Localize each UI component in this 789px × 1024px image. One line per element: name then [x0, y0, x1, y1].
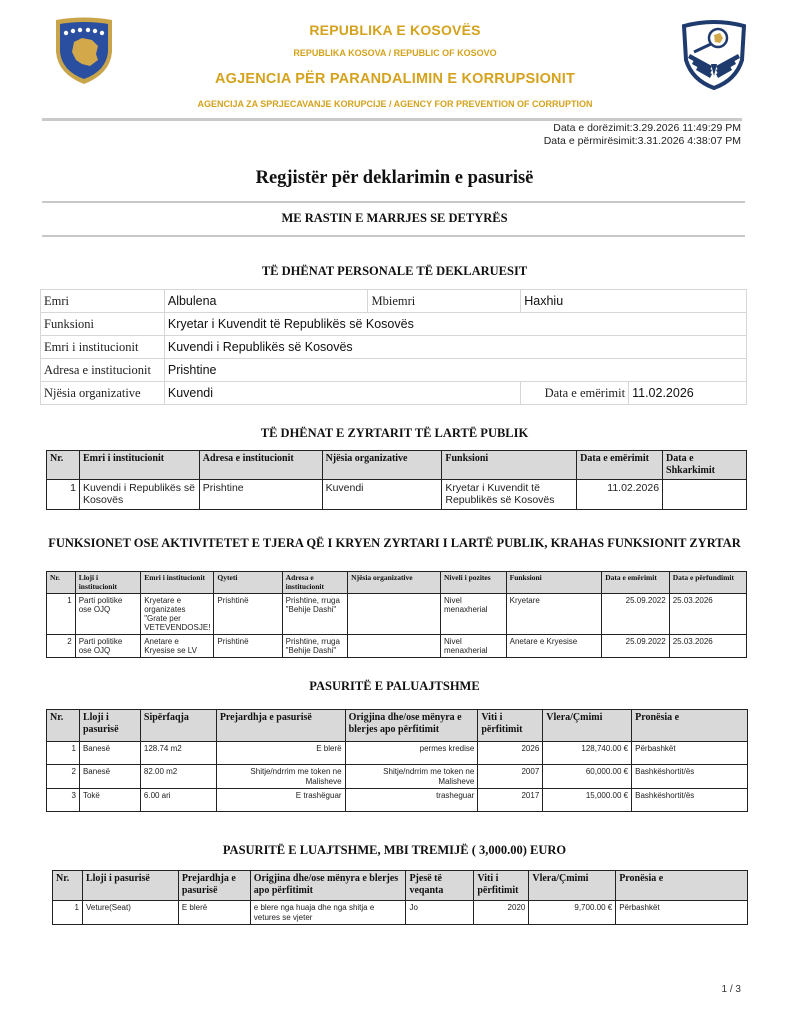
table-cell: 6.00 ari [140, 789, 216, 812]
table-cell: 2017 [478, 789, 543, 812]
table-cell: Banesë [79, 765, 140, 789]
divider [42, 201, 745, 203]
section-heading-other-functions: FUNKSIONET OSE AKTIVITETET E TJERA QË I … [40, 536, 749, 550]
table-cell: e blere nga huaja dhe nga shitja e vetur… [250, 901, 406, 925]
appointed-label: Data e emërimit [521, 382, 629, 405]
column-header: Emri i institucionit [79, 451, 199, 480]
table-cell: 1 [53, 901, 83, 925]
table-cell: 3 [47, 789, 80, 812]
official-table: Nr.Emri i institucionitAdresa e instituc… [46, 450, 747, 510]
section-heading-movable: PASURITË E LUAJTSHME, MBI TREMIJË ( 3,00… [40, 843, 749, 857]
table-cell: trasheguar [345, 789, 478, 812]
table-cell: 2020 [474, 901, 529, 925]
table-row: 2Parti politike ose OJQAnetare e Kryesis… [47, 635, 747, 658]
column-header: Lloji i institucionit [75, 572, 140, 594]
institution-value: Kuvendi i Republikës së Kosovës [164, 336, 746, 359]
table-cell: Përbashkët [616, 901, 748, 925]
column-header: Nr. [47, 572, 76, 594]
column-header: Lloji i pasurisë [79, 710, 140, 742]
kosovo-coat-of-arms-icon [52, 16, 116, 86]
column-header: Prejardhja e pasurisë [216, 710, 345, 742]
column-header: Niveli i pozites [441, 572, 507, 594]
table-cell: permes kredise [345, 742, 478, 765]
table-cell: 128.74 m2 [140, 742, 216, 765]
column-header: Viti i përfitimit [478, 710, 543, 742]
table-cell: Anetare e Kryesise se LV [141, 635, 214, 658]
table-cell: 2026 [478, 742, 543, 765]
table-cell: Jo [406, 901, 474, 925]
anti-corruption-agency-logo-icon [676, 16, 752, 92]
header-divider [42, 118, 742, 121]
table-cell: E blerë [178, 901, 250, 925]
table-cell: E trashëguar [216, 789, 345, 812]
column-header: Njësia organizative [348, 572, 441, 594]
column-header: Vlera/Çmimi [543, 710, 632, 742]
header-republic-translations: REPUBLIKA KOSOVA / REPUBLIC OF KOSOVO [130, 48, 660, 58]
table-cell: 1 [47, 480, 80, 510]
table-row: 1Kuvendi i Republikës së KosovësPrishtin… [47, 480, 747, 510]
movable-assets-table: Nr.Lloji i pasurisëPrejardhja e pasurisë… [52, 870, 748, 925]
document-subtitle: ME RASTIN E MARRJES SE DETYRËS [0, 211, 789, 226]
column-header: Nr. [47, 451, 80, 480]
function-value: Kryetar i Kuvendit të Republikës së Koso… [164, 313, 746, 336]
table-cell: 9,700.00 € [529, 901, 616, 925]
other-functions-table: Nr.Lloji i institucionitEmri i instituci… [46, 571, 747, 658]
column-header: Adresa e institucionit [282, 572, 347, 594]
submission-dates: Data e dorëzimit:3.29.2026 11:49:29 PM D… [544, 122, 741, 148]
table-header-row: Nr.Emri i institucionitAdresa e instituc… [47, 451, 747, 480]
column-header: Qyteti [214, 572, 282, 594]
table-cell [348, 594, 441, 635]
column-header: Data e Shkarkimit [663, 451, 747, 480]
table-cell: 1 [47, 594, 76, 635]
table-row: 1Parti politike ose OJQKryetare e organi… [47, 594, 747, 635]
column-header: Vlera/Çmimi [529, 871, 616, 901]
appointed-value: 11.02.2026 [629, 382, 747, 405]
address-label: Adresa e institucionit [41, 359, 165, 382]
column-header: Origjina dhe/ose mënyra e blerjes apo pë… [345, 710, 478, 742]
table-cell: Shitje/ndrrim me token ne Malisheve [345, 765, 478, 789]
table-cell: Parti politike ose OJQ [75, 635, 140, 658]
column-header: Data e emërimit [577, 451, 663, 480]
column-header: Viti i përfitimit [474, 871, 529, 901]
date-submitted: Data e dorëzimit:3.29.2026 11:49:29 PM [544, 122, 741, 135]
table-cell [663, 480, 747, 510]
table-cell: Prishtinë [214, 594, 282, 635]
table-cell: Kuvendi [322, 480, 442, 510]
personal-data-table: Emri Albulena Mbiemri Haxhiu Funksioni K… [40, 289, 747, 405]
table-cell: Nivel menaxherial [441, 594, 507, 635]
table-cell: 25.03.2026 [669, 635, 746, 658]
column-header: Funksioni [442, 451, 577, 480]
table-cell: 60,000.00 € [543, 765, 632, 789]
table-cell: Kryetar i Kuvendit të Republikës së Koso… [442, 480, 577, 510]
table-cell: Bashkëshortit/ës [632, 765, 748, 789]
surname-value: Haxhiu [521, 290, 747, 313]
table-cell: 25.09.2022 [602, 635, 669, 658]
column-header: Prejardhja e pasurisë [178, 871, 250, 901]
table-row: 1Banesë128.74 m2E blerëpermes kredise202… [47, 742, 748, 765]
table-cell: Kryetare [506, 594, 602, 635]
date-corrected: Data e përmirësimit:3.31.2026 4:38:07 PM [544, 135, 741, 148]
table-cell: 15,000.00 € [543, 789, 632, 812]
column-header: Nr. [47, 710, 80, 742]
table-cell: 2007 [478, 765, 543, 789]
name-value: Albulena [164, 290, 368, 313]
table-cell: Anetare e Kryesise [506, 635, 602, 658]
table-cell: E blerë [216, 742, 345, 765]
table-cell: Prishtine [199, 480, 322, 510]
header-republic: REPUBLIKA E KOSOVËS [130, 22, 660, 38]
table-cell: 1 [47, 742, 80, 765]
table-cell: Kryetare e organizates "Grate per VETEVE… [141, 594, 214, 635]
column-header: Pronësia e [616, 871, 748, 901]
table-cell: 25.03.2026 [669, 594, 746, 635]
table-cell: 25.09.2022 [602, 594, 669, 635]
table-cell: Prishtinë [214, 635, 282, 658]
table-cell: 128,740.00 € [543, 742, 632, 765]
table-cell: Tokë [79, 789, 140, 812]
header-agency-translations: AGENCIJA ZA SPRJECAVANJE KORUPCIJE / AGE… [130, 99, 660, 109]
table-cell: Prishtine, rruga "Behije Dashi" [282, 635, 347, 658]
column-header: Njësia organizative [322, 451, 442, 480]
table-cell: Nivel menaxherial [441, 635, 507, 658]
table-cell: Veture(Seat) [82, 901, 178, 925]
institution-label: Emri i institucionit [41, 336, 165, 359]
table-row: 3Tokë6.00 ariE trashëguartrasheguar20171… [47, 789, 748, 812]
table-cell: Parti politike ose OJQ [75, 594, 140, 635]
table-cell: Prishtine, rruga "Behije Dashi" [282, 594, 347, 635]
column-header: Emri i institucionit [141, 572, 214, 594]
header-agency: AGJENCIA PËR PARANDALIMIN E KORRUPSIONIT [130, 71, 660, 87]
document-title: Regjistër për deklarimin e pasurisë [0, 168, 789, 189]
table-cell: Shitje/ndrrim me token ne Malisheve [216, 765, 345, 789]
section-heading-official: TË DHËNAT E ZYRTARIT TË LARTË PUBLIK [40, 426, 749, 440]
document-header: REPUBLIKA E KOSOVËS REPUBLIKA KOSOVA / R… [0, 0, 789, 120]
table-cell: 82.00 m2 [140, 765, 216, 789]
column-header: Origjina dhe/ose mënyra e blerjes apo pë… [250, 871, 406, 901]
section-heading-immovable: PASURITË E PALUAJTSHME [40, 679, 749, 693]
table-cell: 2 [47, 635, 76, 658]
table-cell: Kuvendi i Republikës së Kosovës [79, 480, 199, 510]
column-header: Pjesë të veqanta [406, 871, 474, 901]
table-header-row: Nr.Lloji i pasurisëPrejardhja e pasurisë… [53, 871, 748, 901]
table-row: 1Veture(Seat)E blerëe blere nga huaja dh… [53, 901, 748, 925]
divider [42, 235, 745, 237]
column-header: Lloji i pasurisë [82, 871, 178, 901]
column-header: Pronësia e [632, 710, 748, 742]
table-cell: 2 [47, 765, 80, 789]
page-number: 1 / 3 [722, 984, 741, 995]
unit-value: Kuvendi [164, 382, 520, 405]
address-value: Prishtine [164, 359, 746, 382]
table-header-row: Nr.Lloji i institucionitEmri i instituci… [47, 572, 747, 594]
table-cell: Banesë [79, 742, 140, 765]
surname-label: Mbiemri [368, 290, 521, 313]
unit-label: Njësia organizative [41, 382, 165, 405]
table-cell: 11.02.2026 [577, 480, 663, 510]
table-header-row: Nr.Lloji i pasurisëSipërfaqjaPrejardhja … [47, 710, 748, 742]
name-label: Emri [41, 290, 165, 313]
column-header: Data e përfundimit [669, 572, 746, 594]
column-header: Adresa e institucionit [199, 451, 322, 480]
table-row: 2Banesë82.00 m2Shitje/ndrrim me token ne… [47, 765, 748, 789]
column-header: Funksioni [506, 572, 602, 594]
column-header: Data e emërimit [602, 572, 669, 594]
table-cell: Bashkëshortit/ës [632, 789, 748, 812]
table-cell: Përbashkët [632, 742, 748, 765]
immovable-assets-table: Nr.Lloji i pasurisëSipërfaqjaPrejardhja … [46, 709, 748, 812]
section-heading-personal: TË DHËNAT PERSONALE TË DEKLARUESIT [40, 264, 749, 278]
column-header: Nr. [53, 871, 83, 901]
function-label: Funksioni [41, 313, 165, 336]
column-header: Sipërfaqja [140, 710, 216, 742]
table-cell [348, 635, 441, 658]
